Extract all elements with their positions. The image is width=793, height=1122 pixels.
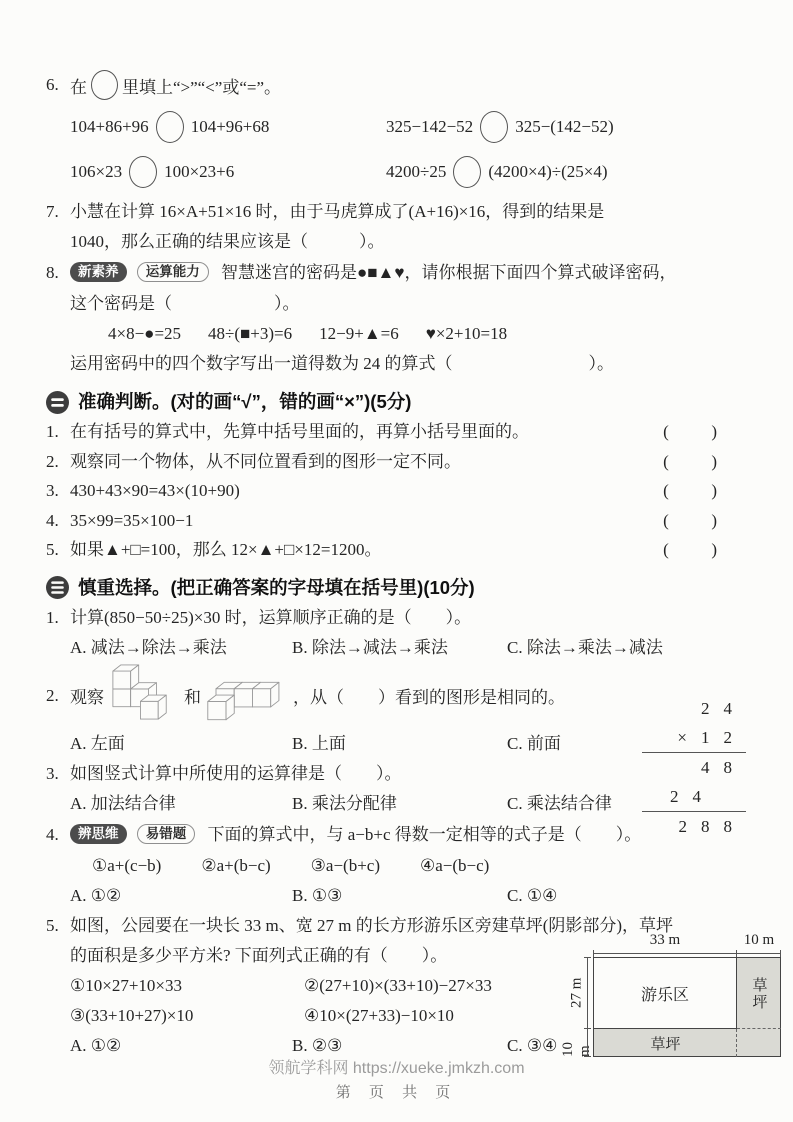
comparison-item: 104+86+96 104+96+68 (70, 111, 386, 143)
expression-right: 100×23+6 (164, 162, 234, 182)
comparison-item: 325−142−52 325−(142−52) (386, 111, 614, 143)
mult-factor-2: ×12 (642, 723, 746, 753)
item-text: 观察同一个物体，从不同位置看到的图形一定不同。 (70, 447, 663, 477)
choice-option: A. ①② (70, 1031, 292, 1061)
question-number: 6. (46, 75, 70, 95)
cipher-equation: ♥×2+10=18 (426, 319, 507, 349)
question-stem-pre: 观察 (70, 683, 104, 708)
dimension-label: 27 m (569, 957, 585, 1028)
badge-error-prone: 易错题 (137, 824, 196, 844)
question-number: 1. (46, 603, 70, 633)
choice-options: A. 减法→除法→乘法 B. 除法→减法→乘法 C. 除法→乘法→减法 (46, 633, 757, 663)
choice-option: B. ①③ (292, 881, 507, 911)
dashed-divider-vertical (736, 1029, 737, 1057)
item-number: 1. (46, 417, 70, 447)
lawn-bottom-strip: 草坪 (594, 1029, 737, 1058)
expression-right: 325−(142−52) (515, 117, 614, 137)
answer-parentheses: ( ) (663, 506, 717, 536)
choice-option: A. 左面 (70, 729, 292, 759)
blank-circle (91, 70, 118, 100)
question-number: 3. (46, 759, 70, 789)
question-stem: 下面的算式中，与 a−b+c 得数一定相等的式子是（ ）。 (208, 825, 642, 844)
section-title: 准确判断。(对的画“√”，错的画“×”)(5分) (78, 387, 411, 417)
question-6-stem-post: 里填上“>”“<”或“=”。 (122, 73, 281, 98)
lawn-right-strip: 草坪 (737, 958, 781, 1029)
vertical-multiplication: 24 ×12 48 24 288 (642, 694, 746, 841)
question-number: 2. (46, 686, 70, 706)
page-footer: 领航学科网 https://xueke.jmkzh.com 第 页 共 页 (0, 1058, 793, 1104)
worksheet-page: 6. 在 里填上“>”“<”或“=”。 104+86+96 104+96+68 … (0, 0, 793, 1122)
mult-partial-1: 48 (642, 753, 746, 782)
cipher-equation: 4×8−●=25 (108, 319, 181, 349)
question-8-text: 智慧迷宫的密码是●■▲♥，请你根据下面四个算式破译密码， (221, 263, 676, 282)
answer-parentheses: ( ) (663, 447, 717, 477)
question-7: 7. 小慧在计算 16×A+51×16 时，由于马虎算成了(A+16)×16，得… (46, 197, 757, 227)
blank-circle (453, 156, 481, 188)
judgment-item: 4. 35×99=35×100−1 ( ) (46, 506, 757, 536)
mult-product: 288 (642, 812, 746, 841)
question-8-line2: 这个密码是（ ）。 (46, 289, 757, 319)
diagram-body: 27 m 10 m 游乐区 草坪 草坪 (571, 957, 781, 1057)
section-three-icon (46, 576, 69, 599)
question-8-line1: 新素养 运算能力 智慧迷宫的密码是●■▲♥，请你根据下面四个算式破译密码， (70, 257, 757, 289)
lawn-label: 草坪 (650, 1033, 680, 1054)
expression-option: ①10×27+10×33 (70, 971, 304, 1001)
cube-figure-1 (108, 664, 180, 728)
judgment-item: 5. 如果▲+□=100，那么 12×▲+□×12=1200。 ( ) (46, 535, 757, 565)
footer-page-info: 第 页 共 页 (0, 1082, 793, 1104)
question-8-line3: 运用密码中的四个数字写出一道得数为 24 的算式（ ）。 (46, 349, 757, 379)
item-text: 430+43×90=43×(10+90) (70, 476, 663, 506)
item-number: 2. (46, 447, 70, 477)
item-text: 35×99=35×100−1 (70, 506, 663, 536)
lawn-label: 草坪 (749, 977, 770, 1011)
choice-options: A. ①② B. ①③ C. ①④ (46, 881, 757, 911)
comparison-item: 106×23 100×23+6 (70, 156, 386, 188)
comparison-row: 106×23 100×23+6 4200÷25 (4200×4)÷(25×4) (46, 149, 757, 194)
item-text: 在有括号的算式中，先算中括号里面的，再算小括号里面的。 (70, 417, 663, 447)
question-6-stem: 6. 在 里填上“>”“<”或“=”。 (46, 66, 757, 104)
choice-option: B. 上面 (292, 729, 507, 759)
question-stem-post: ，从（ ）看到的图形是相同的。 (293, 683, 565, 708)
diagram-left-labels: 27 m 10 m (571, 957, 593, 1057)
answer-parentheses: ( ) (663, 535, 717, 565)
expression-option: ①a+(c−b) (92, 851, 161, 881)
expression-options: ①a+(c−b) ②a+(b−c) ③a−(b+c) ④a−(b−c) (46, 851, 757, 881)
question-stem: 计算(850−50÷25)×30 时，运算顺序正确的是（ ）。 (70, 603, 757, 633)
section-two-icon (46, 391, 69, 414)
expression-right: (4200×4)÷(25×4) (488, 162, 607, 182)
judgment-item: 3. 430+43×90=43×(10+90) ( ) (46, 476, 757, 506)
item-text: 如果▲+□=100，那么 12×▲+□×12=1200。 (70, 535, 663, 565)
cipher-equations: 4×8−●=25 48÷(■+3)=6 12−9+▲=6 ♥×2+10=18 (46, 319, 757, 349)
badge-new-literacy: 新素养 (70, 262, 127, 282)
question-number: 8. (46, 257, 70, 289)
footer-site-text: 领航学科网 https://xueke.jmkzh.com (0, 1058, 793, 1080)
mult-factor-1: 24 (642, 694, 746, 723)
choice-question-1: 1. 计算(850−50÷25)×30 时，运算顺序正确的是（ ）。 (46, 603, 757, 633)
garden-plot: 游乐区 草坪 草坪 (593, 957, 781, 1057)
expression-left: 4200÷25 (386, 162, 446, 182)
answer-parentheses: ( ) (663, 476, 717, 506)
expression-option: ②a+(b−c) (201, 851, 270, 881)
dimension-label: 33 m (593, 930, 737, 950)
expression-right: 104+96+68 (191, 117, 270, 137)
dimension-label: 10 m (569, 1028, 585, 1057)
answer-parentheses: ( ) (663, 417, 717, 447)
question-6-stem-pre: 在 (70, 73, 87, 98)
judgment-item: 1. 在有括号的算式中，先算中括号里面的，再算小括号里面的。 ( ) (46, 417, 757, 447)
question-number: 4. (46, 819, 70, 851)
blank-circle (129, 156, 157, 188)
item-number: 5. (46, 535, 70, 565)
item-number: 3. (46, 476, 70, 506)
comparison-row: 104+86+96 104+96+68 325−142−52 325−(142−… (46, 104, 757, 149)
section-title: 慎重选择。(把正确答案的字母填在括号里)(10分) (78, 573, 475, 603)
expression-left: 106×23 (70, 162, 122, 182)
measurement-line (593, 950, 781, 957)
choice-option: C. 除法→乘法→减法 (507, 633, 757, 663)
section-judgment-heading: 准确判断。(对的画“√”，错的画“×”)(5分) (46, 387, 757, 417)
question-8: 8. 新素养 运算能力 智慧迷宫的密码是●■▲♥，请你根据下面四个算式破译密码， (46, 257, 757, 289)
expression-option: ③a−(b+c) (311, 851, 380, 881)
cipher-equation: 48÷(■+3)=6 (208, 319, 292, 349)
question-number: 7. (46, 197, 70, 227)
choice-option: A. 减法→除法→乘法 (70, 633, 292, 663)
choice-option: B. 乘法分配律 (292, 789, 507, 819)
expression-option: ④10×(27+33)−10×10 (304, 1001, 454, 1031)
item-number: 4. (46, 506, 70, 536)
dashed-divider-horizontal (737, 1028, 781, 1029)
badge-critical-thinking: 辨思维 (70, 824, 127, 844)
blank-circle (156, 111, 184, 143)
question-7-line2: 1040，那么正确的结果应该是（ ）。 (46, 227, 757, 257)
badge-computation-skill: 运算能力 (137, 262, 209, 282)
expression-option: ②(27+10)×(33+10)−27×33 (304, 971, 492, 1001)
blank-circle (480, 111, 508, 143)
judgment-item: 2. 观察同一个物体，从不同位置看到的图形一定不同。 ( ) (46, 447, 757, 477)
question-number: 5. (46, 911, 70, 941)
choice-option: B. 除法→减法→乘法 (292, 633, 507, 663)
expression-option: ④a−(b−c) (420, 851, 489, 881)
expression-left: 325−142−52 (386, 117, 473, 137)
dimension-label: 10 m (737, 930, 781, 950)
expression-left: 104+86+96 (70, 117, 149, 137)
cube-figure-2 (205, 665, 289, 727)
section-choice-heading: 慎重选择。(把正确答案的字母填在括号里)(10分) (46, 573, 757, 603)
expression-option: ③(33+10+27)×10 (70, 1001, 304, 1031)
choice-option: B. ②③ (292, 1031, 507, 1061)
choice-option: A. ①② (70, 881, 292, 911)
question-stem-mid: 和 (184, 683, 201, 708)
choice-option: A. 加法结合律 (70, 789, 292, 819)
choice-option: C. ①④ (507, 881, 757, 911)
play-area-label: 游乐区 (641, 982, 689, 1005)
garden-diagram: 33 m 10 m 27 m 10 m 游乐区 草坪 草坪 (571, 930, 781, 1057)
cipher-equation: 12−9+▲=6 (319, 319, 399, 349)
worksheet-content: 6. 在 里填上“>”“<”或“=”。 104+86+96 104+96+68 … (0, 0, 793, 1061)
mult-partial-2: 24 (642, 782, 746, 812)
comparison-item: 4200÷25 (4200×4)÷(25×4) (386, 156, 608, 188)
diagram-top-labels: 33 m 10 m (593, 930, 781, 950)
question-7-line1: 小慧在计算 16×A+51×16 时，由于马虎算成了(A+16)×16，得到的结… (70, 197, 757, 227)
play-area: 游乐区 (594, 958, 737, 1029)
